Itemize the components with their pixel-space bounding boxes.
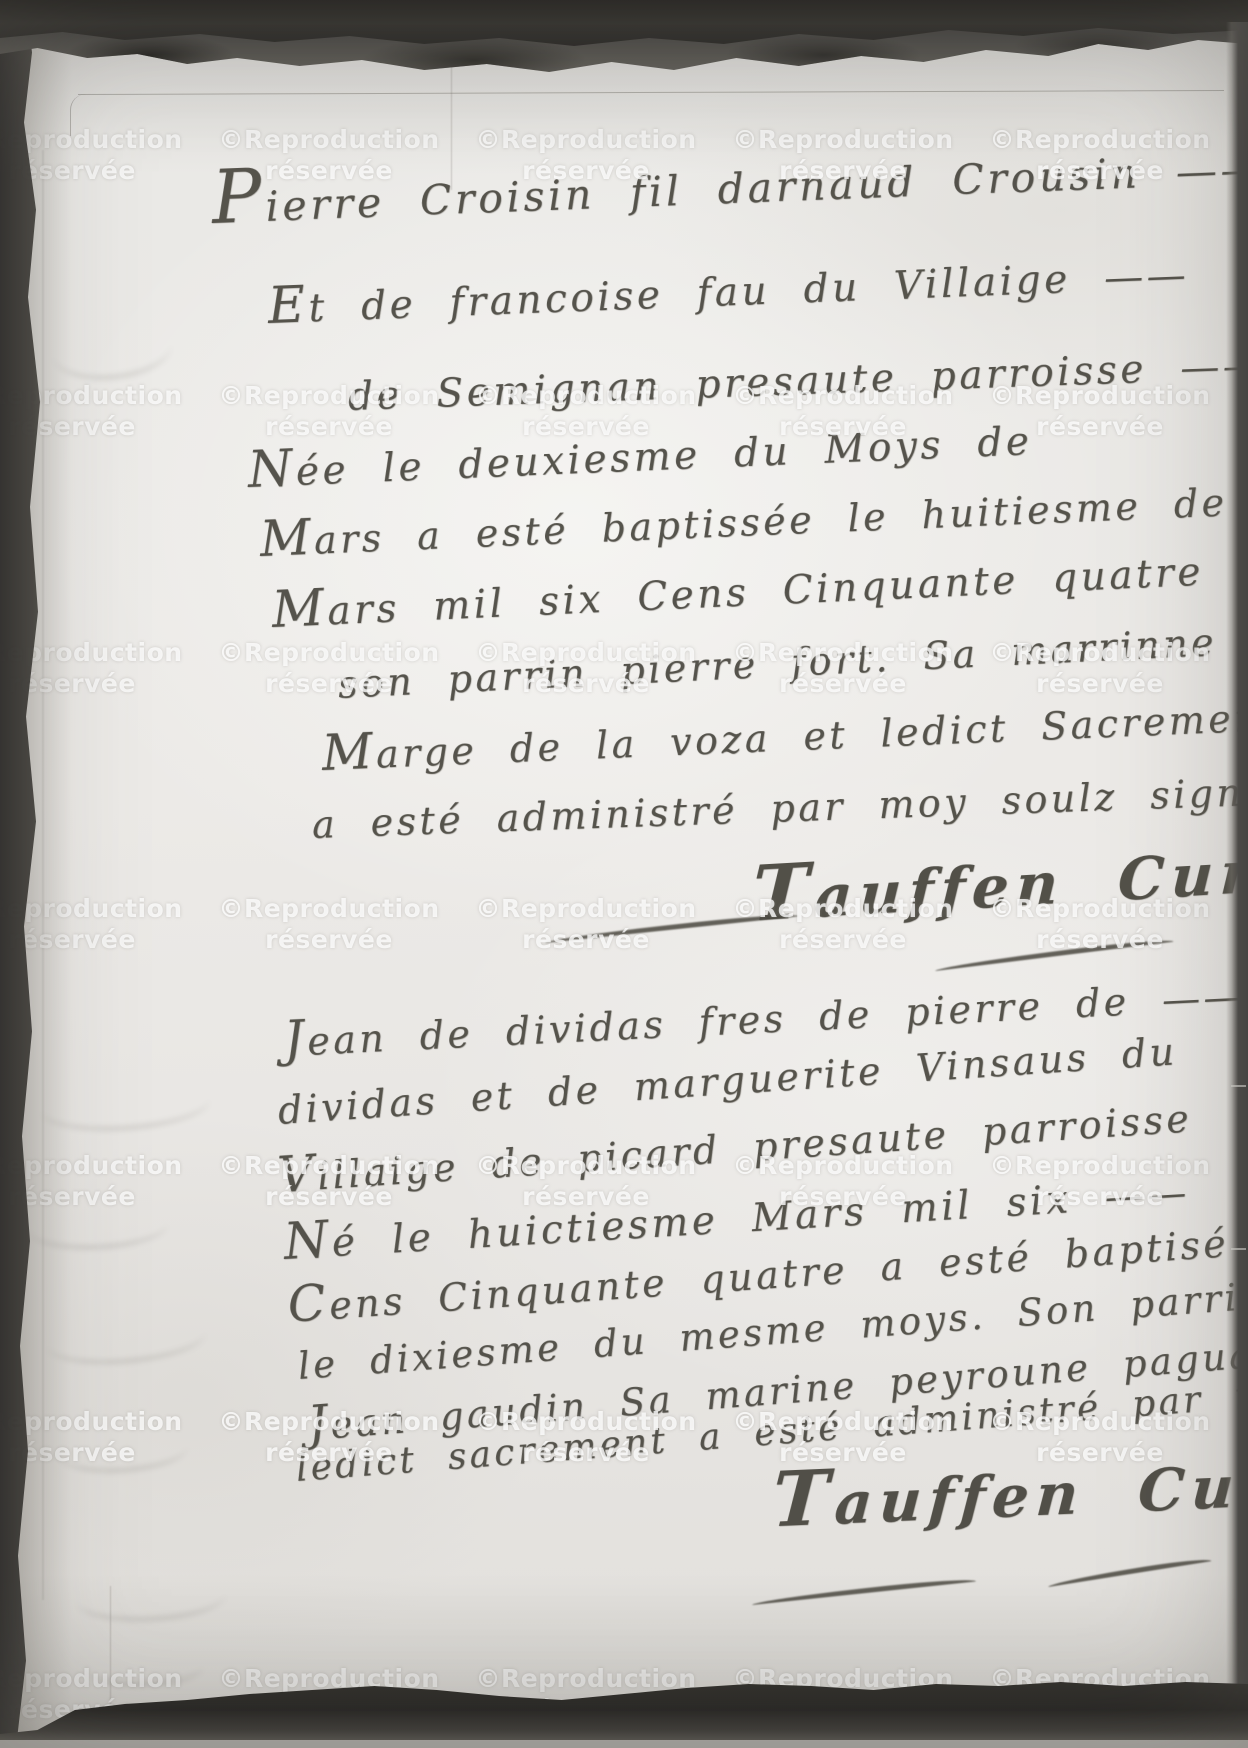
- manuscript-line: Marge de la voza et ledict Sacrement: [321, 696, 1248, 776]
- watermark-text: ©Reproductionréservée: [989, 380, 1210, 442]
- watermark-text: ©Reproductionréservée: [475, 1150, 696, 1212]
- watermark-text: ©Reproductionréservée: [218, 637, 439, 699]
- watermark-text: ©Reproductionréservée: [732, 124, 953, 186]
- signature-flourish: [752, 1576, 976, 1604]
- scratch-mark: [1231, 1085, 1246, 1087]
- manuscript-line: Et de francoise fau du Villaige ——: [267, 253, 1190, 330]
- watermark-text: ©Reproductionréservée: [732, 1150, 953, 1212]
- watermark-text: ©Reproductionréservée: [218, 1150, 439, 1212]
- signature-flourish: [1048, 1556, 1212, 1587]
- watermark-text: ©Reproductionréservée: [475, 1406, 696, 1468]
- watermark-text: ©Reproductionréservée: [475, 380, 696, 442]
- scanned-document-page: Pierre Croisin fil darnaud Crousin —— Et…: [0, 0, 1248, 1748]
- watermark-text: ©Reproductionréservée: [218, 893, 439, 955]
- watermark-text: ©Reproductionréservée: [732, 893, 953, 955]
- watermark-text: ©Reproductionréservée: [475, 893, 696, 955]
- watermark-text: ©Reproductionréservée: [989, 1406, 1210, 1468]
- watermark-text: ©Reproductionréservée: [475, 124, 696, 186]
- manuscript-line: a esté administré par moy soulz signé: [311, 773, 1248, 844]
- watermark-text: ©Reproductionréservée: [732, 380, 953, 442]
- manuscript-line: Mars mil six Cens Cinquante quatre: [271, 550, 1205, 634]
- watermark-text: ©Reproductionréservée: [989, 893, 1210, 955]
- watermark-text: ©Reproductionréservée: [989, 124, 1210, 186]
- torn-edge-right: [1226, 22, 1248, 1742]
- watermark-text: ©Reproductionréservée: [989, 1150, 1210, 1212]
- watermark-text: ©Reproductionréservée: [989, 637, 1210, 699]
- manuscript-line: Mars a esté baptissée le huitiesme de: [259, 481, 1228, 562]
- scratch-mark: [1231, 1248, 1246, 1250]
- watermark-text: ©Reproductionréservée: [218, 1406, 439, 1468]
- watermark-text: ©Reproductionréservée: [475, 637, 696, 699]
- watermark-text: ©Reproductionréservée: [218, 124, 439, 186]
- watermark-text: ©Reproductionréservée: [732, 637, 953, 699]
- watermark-text: ©Reproductionréservée: [732, 1406, 953, 1468]
- page-border-line: [78, 90, 1224, 95]
- watermark-text: ©Reproductionréservée: [218, 380, 439, 442]
- bleedthrough-mark: [75, 1571, 227, 1625]
